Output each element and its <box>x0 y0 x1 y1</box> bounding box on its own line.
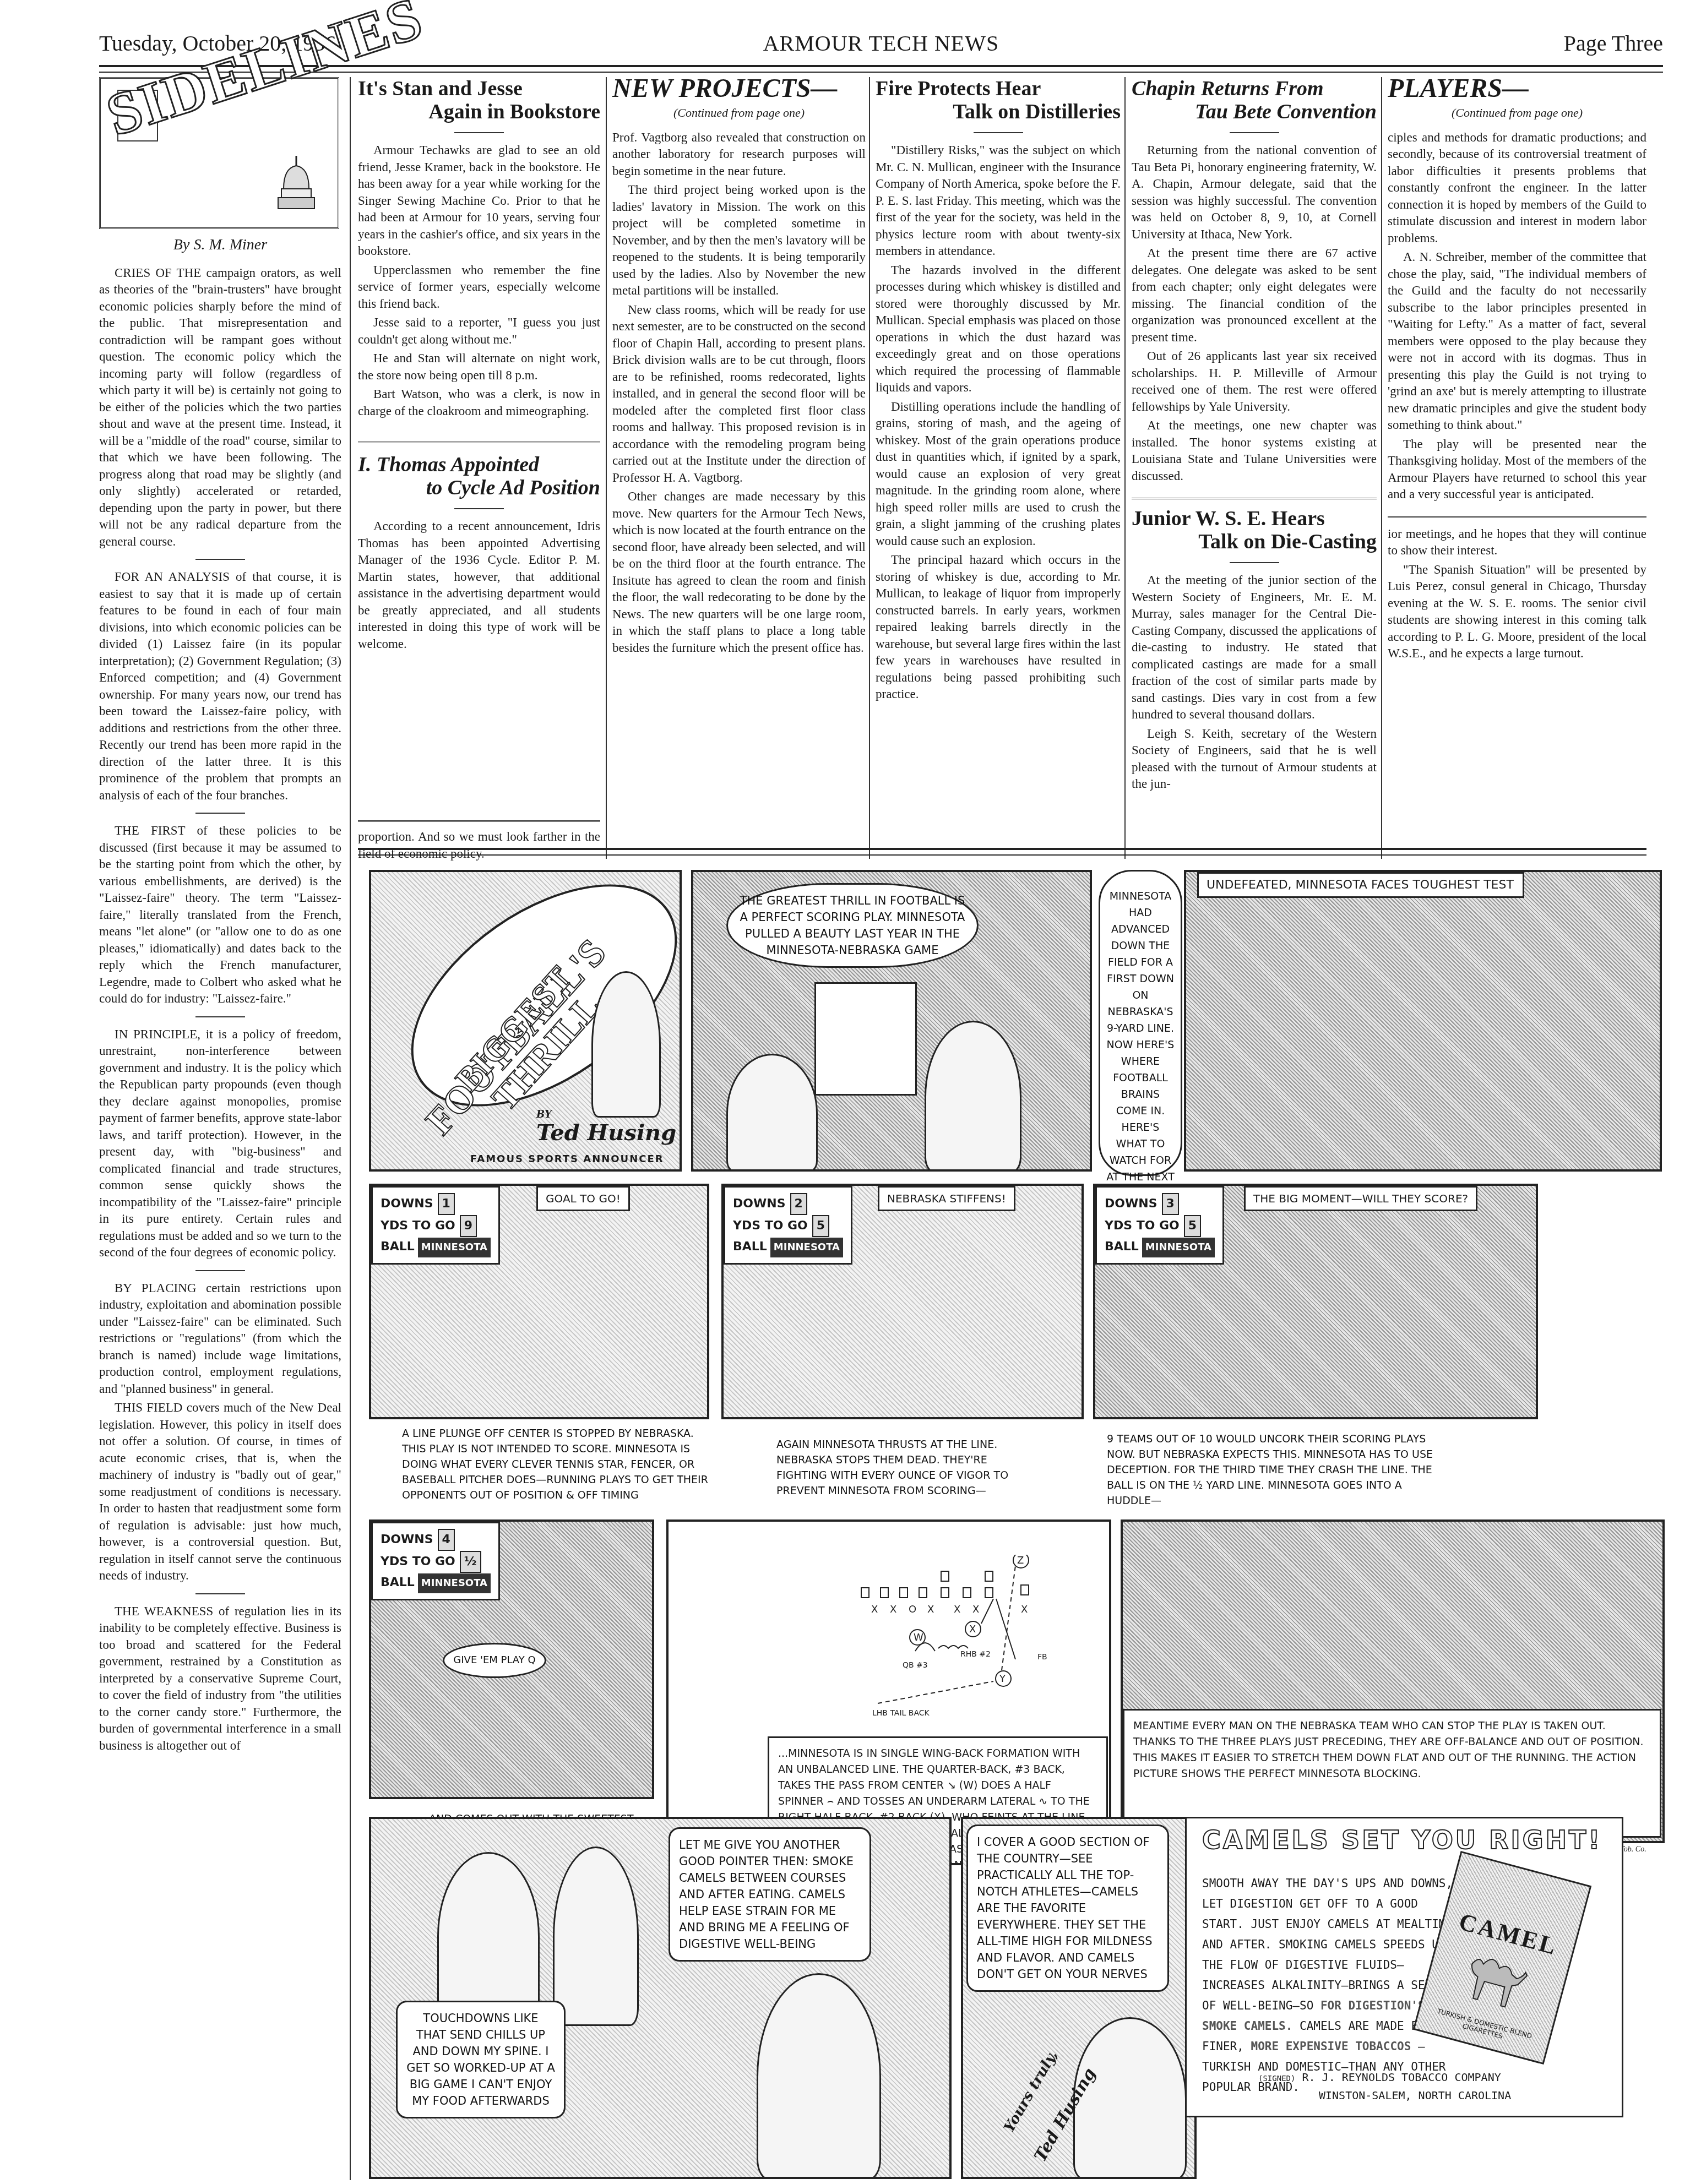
new-projects-paragraph: The third project being worked upon is t… <box>612 182 866 299</box>
sidelines-logo: SIDELINES <box>99 77 339 229</box>
play-3-caption: 9 TEAMS OUT OF 10 WOULD UNCORK THEIR SCO… <box>1107 1431 1448 1508</box>
sidelines-paragraph: FOR AN ANALYSIS of that course, it is ea… <box>99 569 341 804</box>
svg-text:FB: FB <box>1037 1653 1047 1662</box>
divider <box>195 813 245 814</box>
svg-text:X: X <box>871 1604 878 1615</box>
fire-protects-column: Fire Protects Hear Talk on Distilleries … <box>876 77 1121 703</box>
bookstore-paragraph: Jesse said to a reporter, "I guess you j… <box>358 314 600 348</box>
svg-text:LHB TAIL BACK: LHB TAIL BACK <box>872 1709 930 1718</box>
divider <box>195 1270 245 1271</box>
scoreboard: DOWNS1 YDS TO GO9 BALLMINNESOTA <box>371 1186 500 1265</box>
speech-bubble-woman: TOUCHDOWNS LIKE THAT SEND CHILLS UP AND … <box>396 2001 566 2118</box>
ted-husing-figure <box>925 1021 1021 1172</box>
scoreboard: DOWNS4 YDS TO GO½ BALLMINNESOTA <box>371 1522 500 1600</box>
fire-paragraph: The principal hazard which occurs in the… <box>876 552 1121 703</box>
column-rule <box>1124 77 1126 859</box>
play-diagram: XXOX XXX WXYZ QB #3 RHB #2 FB LHB TAIL B… <box>856 1555 1087 1720</box>
column-rule <box>869 77 870 859</box>
story-rule <box>358 820 600 822</box>
downs-value: 1 <box>438 1193 455 1215</box>
play-2-caption: AGAIN MINNESOTA THRUSTS AT THE LINE. NEB… <box>776 1437 1041 1499</box>
sidelines-column: SIDELINES By S. M. Miner CRIES OF THE ca… <box>99 77 341 1754</box>
divider <box>195 1016 245 1017</box>
panel-banner: GOAL TO GO! <box>536 1186 630 1211</box>
panel-headline: UNDEFEATED, MINNESOTA FACES TOUGHEST TES… <box>1197 872 1524 898</box>
diagram-panel: XXOX XXX WXYZ QB #3 RHB #2 FB LHB TAIL B… <box>666 1519 1111 1865</box>
svg-text:X: X <box>969 1624 976 1635</box>
bookstore-paragraph: Armour Techawks are glad to see an old f… <box>358 142 600 260</box>
continued-note: (Continued from page one) <box>612 105 866 122</box>
downs-value: 4 <box>438 1529 455 1551</box>
chapin-headline: Chapin Returns From Tau Bete Convention <box>1132 77 1377 123</box>
new-projects-column: NEW PROJECTS— (Continued from page one) … <box>612 77 866 656</box>
fire-paragraph: "Distillery Risks," was the subject on w… <box>876 142 1121 260</box>
capitol-dome-icon <box>277 156 316 211</box>
players-paragraph: A. N. Schreiber, member of the committee… <box>1388 249 1646 434</box>
huddle-bubble: GIVE 'EM PLAY Q <box>443 1643 546 1678</box>
svg-text:X: X <box>890 1604 896 1615</box>
sidelines-byline: By S. M. Miner <box>99 237 341 254</box>
scoreboard: DOWNS2 YDS TO GO5 BALLMINNESOTA <box>724 1186 852 1265</box>
story-rule <box>358 442 600 443</box>
junior-wse-jump-paragraph: ior meetings, and he hopes that they wil… <box>1388 526 1646 559</box>
svg-text:RHB #2: RHB #2 <box>960 1650 991 1659</box>
column-rule <box>350 77 351 2180</box>
svg-text:X: X <box>954 1604 960 1615</box>
by-label: BY <box>536 1109 552 1120</box>
players-column: PLAYERS— (Continued from page one) ciple… <box>1388 77 1646 662</box>
speech-bubble: THE GREATEST THRILL IN FOOTBALL IS A PER… <box>726 883 979 968</box>
comic-top-rule <box>358 848 1646 856</box>
panel-banner: THE BIG MOMENT—WILL THEY SCORE? <box>1244 1186 1477 1211</box>
new-projects-paragraph: New class rooms, which will be ready for… <box>612 302 866 487</box>
dinner-panel: LET ME GIVE YOU ANOTHER GOOD POINTER THE… <box>369 1817 952 2179</box>
play-1-caption: A LINE PLUNGE OFF CENTER IS STOPPED BY N… <box>402 1426 710 1503</box>
camels-ad: CAMELS SET YOU RIGHT! SMOOTH AWAY THE DA… <box>1185 1817 1623 2117</box>
svg-text:QB #3: QB #3 <box>903 1661 928 1670</box>
junior-wse-paragraph: Leigh S. Keith, secretary of the Western… <box>1132 726 1377 793</box>
ted-husing-figure <box>757 1973 881 2179</box>
story-rule <box>1132 498 1377 499</box>
chapin-paragraph: At the meetings, one new chapter was ins… <box>1132 417 1377 484</box>
junior-wse-jump-paragraph: "The Spanish Situation" will be presente… <box>1388 562 1646 662</box>
junior-wse-headline: Junior W. S. E. Hears Talk on Die-Castin… <box>1132 507 1377 553</box>
bookstore-headline: It's Stan and Jesse Again in Bookstore <box>358 77 600 123</box>
svg-text:X: X <box>972 1604 979 1615</box>
panel-banner: NEBRASKA STIFFENS! <box>878 1186 1015 1211</box>
divider <box>195 1593 245 1594</box>
scoreboard: DOWNS3 YDS TO GO5 BALLMINNESOTA <box>1095 1186 1224 1265</box>
bookstore-column: It's Stan and Jesse Again in Bookstore A… <box>358 77 600 652</box>
speech-bubble-husing: LET ME GIVE YOU ANOTHER GOOD POINTER THE… <box>669 1827 871 1962</box>
sidelines-jump: proportion. And so we must look farther … <box>358 829 600 862</box>
divider <box>454 132 504 133</box>
column-rule <box>1381 77 1382 859</box>
svg-text:Y: Y <box>999 1673 1006 1685</box>
ted-husing-figure <box>591 971 661 1118</box>
story-rule <box>1388 516 1646 518</box>
sidelines-paragraph: IN PRINCIPLE, it is a policy of freedom,… <box>99 1026 341 1261</box>
speech-bubble-portrait: I COVER A GOOD SECTION OF THE COUNTRY—SE… <box>966 1824 1169 1992</box>
yards-value: 9 <box>460 1215 477 1237</box>
stadium-panel: UNDEFEATED, MINNESOTA FACES TOUGHEST TES… <box>1184 870 1662 1172</box>
sidelines-paragraph: THIS FIELD covers much of the New Deal l… <box>99 1399 341 1584</box>
sidelines-paragraph: CRIES OF THE campaign orators, as well a… <box>99 265 341 551</box>
players-paragraph: The play will be presented near the Than… <box>1388 436 1646 503</box>
bookstore-paragraph: Upperclassmen who remember the fine serv… <box>358 262 600 313</box>
new-projects-paragraph: Other changes are made necessary by this… <box>612 488 866 656</box>
bookstore-paragraph: He and Stan will alternate on night work… <box>358 350 600 384</box>
divider <box>1230 132 1279 133</box>
divider <box>454 508 504 509</box>
chapin-paragraph: Returning from the national convention o… <box>1132 142 1377 243</box>
divider <box>1230 562 1279 563</box>
column-rule <box>606 77 607 859</box>
play-1-panel: DOWNS1 YDS TO GO9 BALLMINNESOTA GOAL TO … <box>369 1184 709 1419</box>
players-headline: PLAYERS— <box>1388 77 1646 100</box>
svg-text:X: X <box>927 1604 934 1615</box>
svg-text:W: W <box>914 1632 923 1643</box>
man-figure <box>553 1847 639 2026</box>
woman-figure <box>437 1852 540 2020</box>
narration-bubble: MINNESOTA HAD ADVANCED DOWN THE FIELD FO… <box>1099 870 1182 1176</box>
page-number: Page Three <box>1564 30 1663 56</box>
junior-wse-paragraph: At the meeting of the junior section of … <box>1132 572 1377 723</box>
yards-value: ½ <box>460 1551 481 1573</box>
train-window <box>814 982 917 1096</box>
svg-text:X: X <box>1021 1604 1028 1615</box>
ad-headline: CAMELS SET YOU RIGHT! <box>1202 1825 1602 1855</box>
svg-text:Z: Z <box>1017 1555 1024 1566</box>
players-paragraph: ciples and methods for dramatic producti… <box>1388 129 1646 247</box>
author-title: FAMOUS SPORTS ANNOUNCER <box>470 1153 664 1165</box>
author-signature: Ted Husing <box>536 1120 676 1146</box>
chapin-paragraph: Out of 26 applicants last year six recei… <box>1132 348 1377 415</box>
man-figure <box>726 1054 818 1172</box>
sidelines-paragraph: THE WEAKNESS of regulation lies in its i… <box>99 1603 341 1755</box>
bookstore-paragraph: Bart Watson, who was a clerk, is now in … <box>358 386 600 420</box>
play-3-panel: DOWNS3 YDS TO GO5 BALLMINNESOTA THE BIG … <box>1093 1184 1538 1419</box>
downs-value: 3 <box>1162 1193 1179 1215</box>
fire-protects-headline: Fire Protects Hear Talk on Distilleries <box>876 77 1121 123</box>
play-2-panel: DOWNS2 YDS TO GO5 BALLMINNESOTA NEBRASKA… <box>721 1184 1084 1419</box>
divider <box>195 559 245 560</box>
fire-paragraph: Distilling operations include the handli… <box>876 399 1121 550</box>
thomas-headline: I. Thomas Appointed to Cycle Ad Position <box>358 453 600 499</box>
sidelines-paragraph: THE FIRST of these policies to be discus… <box>99 823 341 1007</box>
yards-value: 5 <box>1184 1215 1201 1237</box>
comic-title-panel: FOOTBALL'S BIGGEST THRILL BY Ted Husing … <box>369 870 682 1172</box>
chapin-paragraph: At the present time there are 67 active … <box>1132 245 1377 346</box>
ted-husing-portrait <box>1073 2017 1187 2179</box>
fire-paragraph: The hazards involved in the different pr… <box>876 262 1121 396</box>
new-projects-paragraph: Prof. Vagtborg also revealed that constr… <box>612 129 866 180</box>
play-4-panel: DOWNS4 YDS TO GO½ BALLMINNESOTA GIVE 'EM… <box>369 1519 654 1799</box>
ad-signature: (SIGNED) R. J. REYNOLDS TOBACCO COMPANY … <box>1258 2069 1511 2104</box>
sidelines-paragraph: BY PLACING certain restrictions upon ind… <box>99 1280 341 1398</box>
train-panel: THE GREATEST THRILL IN FOOTBALL IS A PER… <box>691 870 1092 1172</box>
yards-value: 5 <box>812 1215 829 1237</box>
downs-value: 2 <box>790 1193 807 1215</box>
chapin-column: Chapin Returns From Tau Bete Convention … <box>1132 77 1377 793</box>
divider <box>974 132 1023 133</box>
continued-note: (Continued from page one) <box>1388 105 1646 122</box>
new-projects-headline: NEW PROJECTS— <box>612 77 866 100</box>
svg-text:O: O <box>909 1604 916 1615</box>
portrait-panel: I COVER A GOOD SECTION OF THE COUNTRY—SE… <box>961 1817 1197 2179</box>
thomas-paragraph: According to a recent announcement, Idri… <box>358 518 600 652</box>
blocking-panel: MEANTIME EVERY MAN ON THE NEBRASKA TEAM … <box>1121 1519 1665 1843</box>
